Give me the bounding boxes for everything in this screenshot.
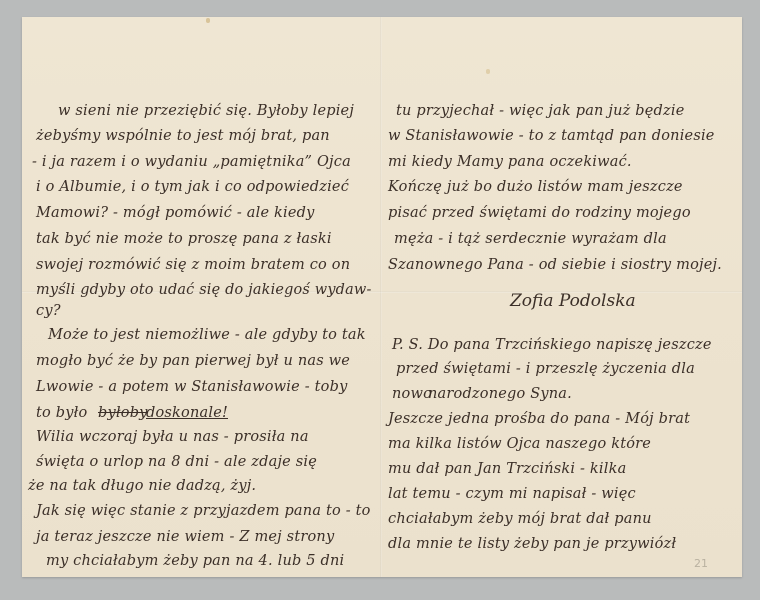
- postscript-line: przed świętami - i przeszlę życzenia dla: [396, 361, 695, 377]
- right-page: tu przyjechał - więc jak pan już będzie …: [382, 17, 742, 577]
- postscript-line: Jeszcze jedna prośba do pana - Mój brat: [388, 411, 690, 427]
- left-page: w sieni nie przeziębić się. Byłoby lepie…: [22, 17, 380, 577]
- handwritten-line: że na tak długo nie dadzą, żyj.: [28, 478, 256, 494]
- postscript-line: lat temu - czym mi napisał - więc: [388, 486, 636, 502]
- handwritten-line: mogło być że by pan pierwej był u nas we: [36, 353, 350, 369]
- postscript-line: ma kilka listów Ojca naszego które: [388, 436, 651, 452]
- handwritten-line: to było: [36, 405, 87, 421]
- handwritten-line: mi kiedy Mamy pana oczekiwać.: [388, 154, 632, 170]
- handwritten-line: w Stanisławowie - to z tamtąd pan donies…: [388, 128, 715, 144]
- handwritten-line: żebyśmy wspólnie to jest mój brat, pan: [36, 128, 330, 144]
- handwritten-line: Lwowie - a potem w Stanisławowie - toby: [36, 379, 347, 395]
- handwritten-line: święta o urlop na 8 dni - ale zdaje się: [36, 454, 317, 470]
- postscript-line: mu dał pan Jan Trzciński - kilka: [388, 461, 626, 477]
- letter-sheet: w sieni nie przeziębić się. Byłoby lepie…: [22, 17, 742, 577]
- handwritten-line: myśli gdyby oto udać się do jakiegoś wyd…: [36, 282, 372, 298]
- handwritten-line: ja teraz jeszcze nie wiem - Z mej strony: [36, 529, 334, 545]
- postscript-line: narodzonego Syna.: [428, 386, 572, 402]
- postscript-line: nowo: [392, 386, 432, 402]
- handwritten-line: tu przyjechał - więc jak pan już będzie: [396, 103, 684, 119]
- handwritten-line: Może to jest niemożliwe - ale gdyby to t…: [48, 327, 366, 343]
- handwritten-line: - i ja razem i o wydaniu „pamiętnika” Oj…: [32, 154, 351, 170]
- handwritten-line: cy?: [36, 303, 61, 319]
- handwritten-line: i o Albumie, i o tym jak i co odpowiedzi…: [36, 179, 349, 195]
- postscript-line: dla mnie te listy żeby pan je przywiózł: [388, 536, 676, 552]
- handwritten-line: swojej rozmówić się z moim bratem co on: [36, 257, 350, 273]
- postscript-line: P. S. Do pana Trzcińskiego napiszę jeszc…: [392, 337, 712, 353]
- postscript-line: chciałabym żeby mój brat dał panu: [388, 511, 652, 527]
- handwritten-line: Jak się więc stanie z przyjazdem pana to…: [36, 503, 371, 519]
- struck-word: byłoby: [98, 405, 148, 421]
- underlined-word: doskonale!: [146, 405, 228, 421]
- handwritten-line: pisać przed świętami do rodziny mojego: [388, 205, 691, 221]
- handwritten-line: Wilia wczoraj była u nas - prosiła na: [36, 429, 309, 445]
- handwritten-line: my chciałabym żeby pan na 4. lub 5 dni: [46, 553, 344, 569]
- handwritten-line: męża - i tąż serdecznie wyrażam dla: [394, 231, 667, 247]
- handwritten-line: Kończę już bo dużo listów mam jeszcze: [388, 179, 683, 195]
- page-number: 21: [694, 557, 708, 570]
- handwritten-line: Mamowi? - mógł pomówić - ale kiedy: [36, 205, 315, 221]
- handwritten-line: tak być nie może to proszę pana z łaski: [36, 231, 332, 247]
- signature: Zofia Podolska: [510, 291, 636, 311]
- handwritten-line: Szanownego Pana - od siebie i siostry mo…: [388, 257, 722, 273]
- handwritten-line: w sieni nie przeziębić się. Byłoby lepie…: [58, 103, 354, 119]
